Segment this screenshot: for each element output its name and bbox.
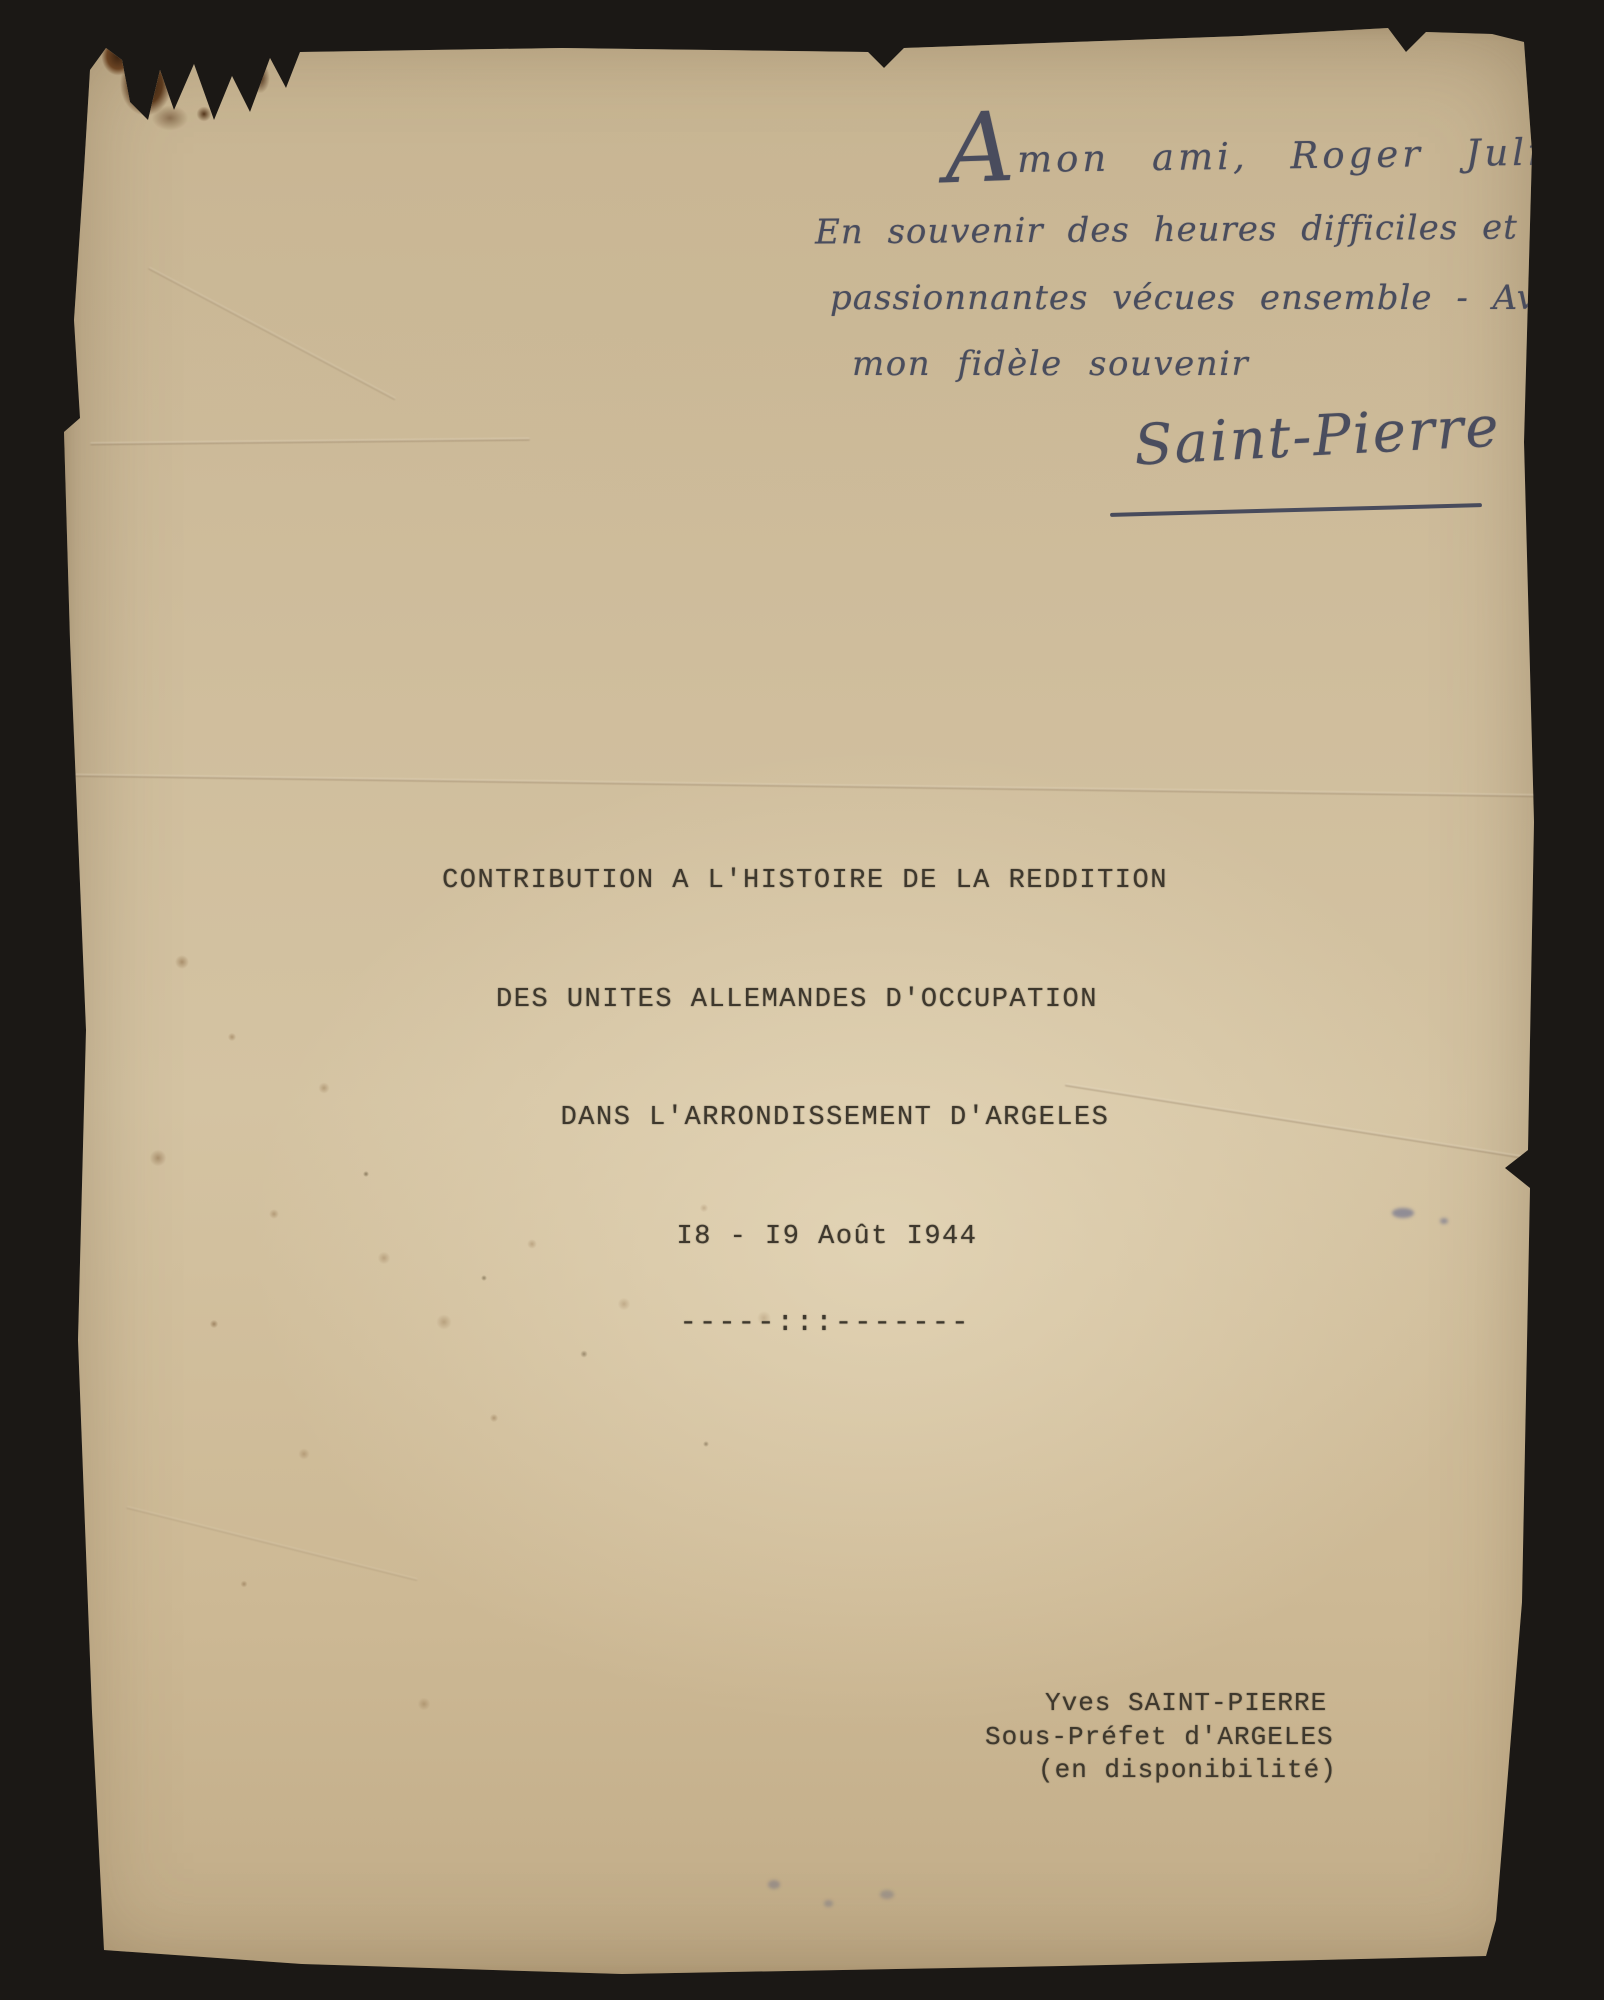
- dedication-line-4: mon fidèle souvenir: [852, 344, 1249, 384]
- scan-background: { "colors": { "background": "#1b1815", "…: [0, 0, 1604, 2000]
- ink-smudge: [1440, 1218, 1448, 1224]
- title-date: I8 - I9 Août I944: [427, 1222, 1227, 1252]
- title-separator: -----:::-------: [425, 1306, 1225, 1339]
- fold-crease: [90, 438, 530, 446]
- ink-smudge: [768, 1880, 780, 1889]
- author-name: Yves SAINT-PIERRE: [1045, 1688, 1327, 1718]
- dedication-line-3: passionnantes vécues ensemble - Avec: [830, 278, 1578, 318]
- handwritten-signature: Saint-Pierre: [1133, 394, 1502, 478]
- fold-crease: [62, 774, 1550, 798]
- fold-crease: [148, 266, 397, 400]
- dedication-line-1: mon ami, Roger Julien: [1017, 130, 1598, 181]
- dedication-line-2: En souvenir des heures difficiles et: [815, 208, 1518, 253]
- fold-crease: [126, 1506, 418, 1581]
- title-line-1: CONTRIBUTION A L'HISTOIRE DE LA REDDITIO…: [405, 866, 1205, 896]
- title-line-2: DES UNITES ALLEMANDES D'OCCUPATION: [397, 985, 1197, 1015]
- title-line-3: DANS L'ARRONDISSEMENT D'ARGELES: [435, 1103, 1235, 1133]
- ink-smudge: [1392, 1208, 1414, 1218]
- author-status: (en disponibilité): [1038, 1755, 1337, 1785]
- author-role: Sous-Préfet d'ARGELES: [985, 1722, 1334, 1752]
- signature-underline: [1110, 503, 1482, 517]
- dedication-initial: A: [943, 91, 1016, 205]
- ink-smudge: [880, 1890, 894, 1899]
- ink-smudge: [824, 1900, 833, 1907]
- paper-sheet: A mon ami, Roger Julien En souvenir des …: [62, 22, 1550, 1984]
